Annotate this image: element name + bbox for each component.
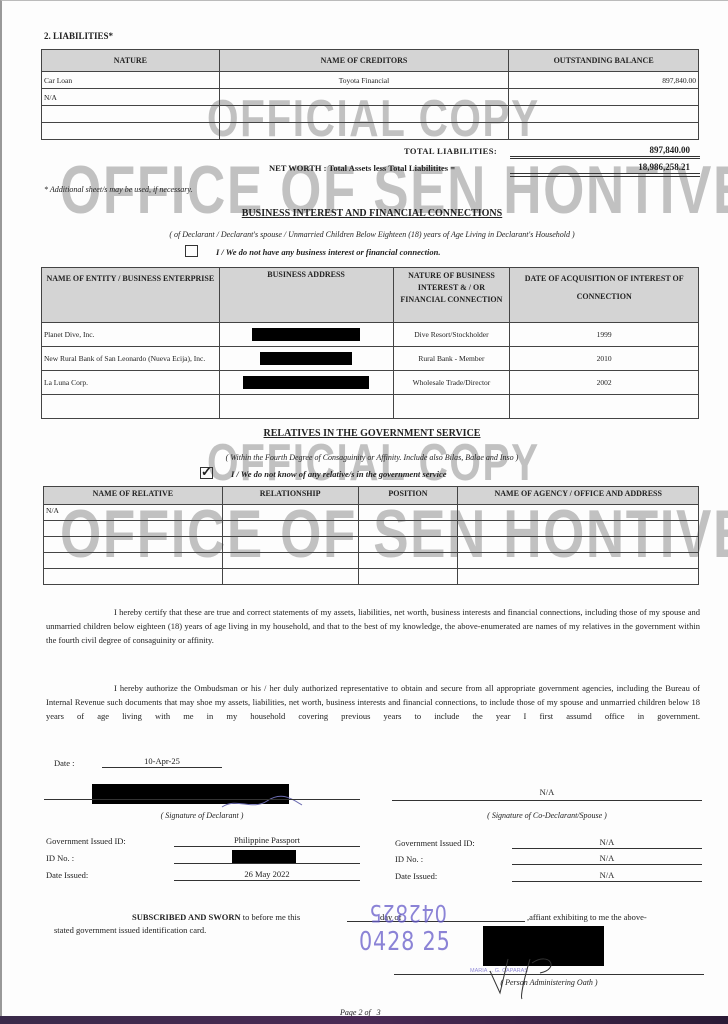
business-nature bbox=[393, 395, 510, 419]
relative-cell bbox=[44, 569, 223, 585]
codeclarant-signature-value: N/A bbox=[392, 787, 702, 797]
relative-cell bbox=[358, 521, 458, 537]
left-id-no-redacted bbox=[232, 850, 296, 864]
col-relationship: RELATIONSHIP bbox=[222, 487, 358, 505]
liability-row bbox=[42, 123, 699, 140]
sworn-text2: ,affiant exhibiting to me the above- bbox=[527, 912, 647, 922]
business-address bbox=[219, 323, 393, 347]
liability-cell bbox=[509, 123, 699, 140]
left-date-issued-label: Date Issued: bbox=[46, 870, 88, 880]
business-row bbox=[42, 395, 699, 419]
codeclarant-signature-caption: ( Signature of Co-Declarant/Spouse ) bbox=[392, 811, 702, 820]
relative-cell bbox=[458, 553, 699, 569]
business-table: NAME OF ENTITY / BUSINESS ENTERPRISE BUS… bbox=[41, 267, 699, 419]
left-id-no-underline bbox=[174, 863, 360, 864]
col-date-acq: DATE OF ACQUISITION OF INTEREST OF CONNE… bbox=[510, 268, 699, 323]
relative-cell bbox=[44, 537, 223, 553]
relatives-section-subtitle: ( Within the Fourth Degree of Consaguini… bbox=[2, 453, 728, 462]
relative-cell bbox=[458, 569, 699, 585]
business-section-subtitle: ( of Declarant / Declarant's spouse / Un… bbox=[2, 230, 728, 239]
acquisition-date: 2010 bbox=[510, 347, 699, 371]
relative-cell bbox=[358, 553, 458, 569]
no-relatives-label: I / We do not know of any relative/s in … bbox=[231, 469, 446, 479]
total-liabilities-value: 897,840.00 bbox=[510, 145, 690, 155]
notary-signature-scribble-icon bbox=[480, 951, 570, 1001]
liability-cell bbox=[509, 89, 699, 106]
relative-cell bbox=[222, 521, 358, 537]
liabilities-heading: 2. LIABILITIES* bbox=[44, 31, 113, 41]
address-redacted bbox=[260, 352, 352, 365]
business-address bbox=[219, 371, 393, 395]
liability-row bbox=[42, 106, 699, 123]
liability-row: N/A bbox=[42, 89, 699, 106]
liability-cell: Toyota Financial bbox=[219, 72, 509, 89]
liability-row: Car LoanToyota Financial897,840.00 bbox=[42, 72, 699, 89]
no-business-interest-checkbox[interactable] bbox=[185, 245, 198, 257]
address-redacted bbox=[243, 376, 369, 389]
right-id-no-underline bbox=[512, 864, 702, 865]
sworn-line: SUBSCRIBED AND SWORN to before me this bbox=[132, 912, 300, 922]
business-address bbox=[219, 347, 393, 371]
liability-cell bbox=[219, 123, 509, 140]
oath-signature-line bbox=[394, 974, 704, 975]
left-gov-id-label: Government Issued ID: bbox=[46, 836, 126, 846]
relative-row: N/A bbox=[44, 505, 699, 521]
watermark-official-copy-2: OFFICIAL COPY bbox=[207, 433, 540, 493]
no-business-interest-label: I / We do not have any business interest… bbox=[216, 247, 441, 257]
right-id-no-value: N/A bbox=[512, 853, 702, 863]
col-entity: NAME OF ENTITY / BUSINESS ENTERPRISE bbox=[42, 268, 220, 323]
liability-cell bbox=[219, 89, 509, 106]
relative-cell bbox=[44, 521, 223, 537]
date-value: 10-Apr-25 bbox=[102, 756, 222, 766]
relative-cell bbox=[458, 505, 699, 521]
business-address bbox=[219, 395, 393, 419]
left-gov-id-value: Philippine Passport bbox=[174, 835, 360, 845]
date-label: Date : bbox=[54, 758, 75, 768]
relative-cell bbox=[222, 505, 358, 521]
entity-name: La Luna Corp. bbox=[42, 371, 220, 395]
business-section-title: BUSINESS INTEREST AND FINANCIAL CONNECTI… bbox=[2, 208, 728, 219]
col-nature: NATURE bbox=[42, 50, 220, 72]
entity-name: Planet Dive, Inc. bbox=[42, 323, 220, 347]
total-liabilities-label: TOTAL LIABILITIES: bbox=[404, 146, 497, 156]
liability-cell bbox=[219, 106, 509, 123]
relative-cell bbox=[222, 569, 358, 585]
col-agency: NAME OF AGENCY / OFFICE AND ADDRESS bbox=[458, 487, 699, 505]
date-stamp: 0428 25 bbox=[359, 927, 451, 957]
address-redacted bbox=[252, 328, 360, 341]
certification-paragraph: I hereby certify that these are true and… bbox=[46, 605, 700, 647]
left-date-issued-underline bbox=[174, 880, 360, 881]
date-underline bbox=[102, 767, 222, 768]
col-relative-name: NAME OF RELATIVE bbox=[44, 487, 223, 505]
col-nature-biz: NATURE OF BUSINESS INTEREST & / OR FINAN… bbox=[393, 268, 510, 323]
declarant-signature-caption: ( Signature of Declarant ) bbox=[44, 811, 360, 820]
business-checkbox-row: I / We do not have any business interest… bbox=[185, 242, 441, 260]
relative-row bbox=[44, 553, 699, 569]
liabilities-footnote: * Additional sheet/s may be used, if nec… bbox=[44, 185, 193, 194]
relative-cell bbox=[458, 537, 699, 553]
left-id-no-label: ID No. : bbox=[46, 853, 74, 863]
relative-row bbox=[44, 537, 699, 553]
authorization-paragraph: I hereby authorize the Ombudsman or his … bbox=[46, 681, 700, 723]
right-date-issued-value: N/A bbox=[512, 870, 702, 880]
no-relatives-checkbox[interactable] bbox=[200, 467, 213, 479]
relatives-checkbox-row: I / We do not know of any relative/s in … bbox=[200, 464, 446, 482]
right-id-no-label: ID No. : bbox=[395, 854, 423, 864]
liability-cell bbox=[509, 106, 699, 123]
oath-caption: ( Person Administering Oath ) bbox=[394, 978, 704, 987]
document-page: OFFICIAL COPY OFFICE OF SEN HONTIVEROS O… bbox=[0, 0, 728, 1016]
left-date-issued-value: 26 May 2022 bbox=[174, 869, 360, 879]
left-gov-id-underline bbox=[174, 846, 360, 847]
relative-row bbox=[44, 569, 699, 585]
sworn-bold: SUBSCRIBED AND SWORN bbox=[132, 912, 241, 922]
right-date-issued-underline bbox=[512, 881, 702, 882]
net-worth-underline bbox=[510, 173, 700, 177]
date-stamp-upside-down: 042825 bbox=[369, 899, 447, 927]
total-underline bbox=[510, 156, 700, 159]
relative-cell bbox=[358, 537, 458, 553]
liability-cell: Car Loan bbox=[42, 72, 220, 89]
relative-cell bbox=[222, 553, 358, 569]
relative-cell bbox=[358, 569, 458, 585]
sworn-text3: stated government issued identification … bbox=[54, 925, 206, 935]
right-date-issued-label: Date Issued: bbox=[395, 871, 437, 881]
sworn-text1: to before me this bbox=[243, 912, 300, 922]
liabilities-table: NATURE NAME OF CREDITORS OUTSTANDING BAL… bbox=[41, 49, 699, 140]
col-position: POSITION bbox=[358, 487, 458, 505]
declarant-signature-line bbox=[44, 799, 360, 800]
entity-name bbox=[42, 395, 220, 419]
relatives-table: NAME OF RELATIVE RELATIONSHIP POSITION N… bbox=[43, 486, 699, 585]
business-nature: Rural Bank - Member bbox=[393, 347, 510, 371]
business-row: La Luna Corp.Wholesale Trade/Director200… bbox=[42, 371, 699, 395]
acquisition-date: 1999 bbox=[510, 323, 699, 347]
liability-cell bbox=[42, 106, 220, 123]
relative-row bbox=[44, 521, 699, 537]
background-strip bbox=[0, 1016, 728, 1024]
relatives-section-title: RELATIVES IN THE GOVERNMENT SERVICE bbox=[2, 428, 728, 439]
net-worth-label: NET WORTH : Total Assets less Total Liab… bbox=[269, 163, 455, 173]
relative-cell bbox=[458, 521, 699, 537]
col-address: BUSINESS ADDRESS bbox=[219, 268, 393, 323]
liability-cell bbox=[42, 123, 220, 140]
net-worth-value: 18,986,258.21 bbox=[510, 162, 690, 172]
business-nature: Dive Resort/Stockholder bbox=[393, 323, 510, 347]
col-creditors: NAME OF CREDITORS bbox=[219, 50, 509, 72]
entity-name: New Rural Bank of San Leonardo (Nueva Ec… bbox=[42, 347, 220, 371]
business-row: Planet Dive, Inc.Dive Resort/Stockholder… bbox=[42, 323, 699, 347]
relative-cell bbox=[44, 553, 223, 569]
business-nature: Wholesale Trade/Director bbox=[393, 371, 510, 395]
acquisition-date bbox=[510, 395, 699, 419]
col-balance: OUTSTANDING BALANCE bbox=[509, 50, 699, 72]
relative-cell bbox=[358, 505, 458, 521]
codeclarant-signature-line bbox=[392, 800, 702, 801]
right-gov-id-underline bbox=[512, 848, 702, 849]
liability-cell: 897,840.00 bbox=[509, 72, 699, 89]
relative-cell: N/A bbox=[44, 505, 223, 521]
right-gov-id-value: N/A bbox=[512, 837, 702, 847]
business-row: New Rural Bank of San Leonardo (Nueva Ec… bbox=[42, 347, 699, 371]
right-gov-id-label: Government Issued ID: bbox=[395, 838, 475, 848]
liability-cell: N/A bbox=[42, 89, 220, 106]
relative-cell bbox=[222, 537, 358, 553]
acquisition-date: 2002 bbox=[510, 371, 699, 395]
